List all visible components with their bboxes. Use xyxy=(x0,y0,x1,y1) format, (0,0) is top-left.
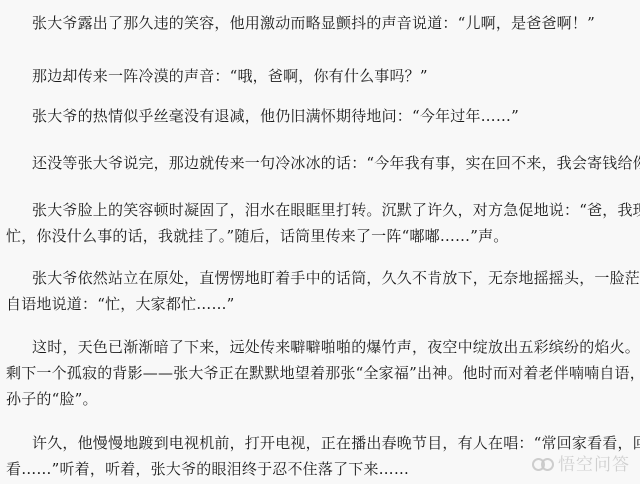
paragraph-2: 那边却传来一阵冷漠的声音：“哦，爸啊，你有什么事吗？” xyxy=(6,63,630,89)
paragraph-4: 还没等张大爷说完，那边就传来一句冷冰冰的话：“今年我有事，实在回不来，我会寄钱给… xyxy=(6,150,630,176)
text-line: 剩下一个孤寂的背影——张大爷正在默默地望着那张“全家福”出神。他时而对着老伴喃喃… xyxy=(6,360,630,386)
paragraph-1: 张大爷露出了那久违的笑容，他用激动而略显颤抖的声音说道：“儿啊，是爸爸啊！” xyxy=(6,10,630,36)
text-line: 张大爷依然站立在原处，直愣愣地盯着手中的话筒，久久不肯放下，无奈地摇摇头，一脸茫… xyxy=(6,265,630,291)
text-line: 孙子的“脸”。 xyxy=(6,386,630,412)
watermark-text: 悟空问答 xyxy=(558,450,630,475)
text-line: 忙，你没什么事的话，我就挂了。”随后，话筒里传来了一阵“嘟嘟……”声。 xyxy=(6,223,630,249)
paragraph-3: 张大爷的热情似乎丝毫没有退减，他仍旧满怀期待地问：“今年过年……” xyxy=(6,103,630,129)
text-line: 张大爷脸上的笑容顿时凝固了，泪水在眼眶里打转。沉默了许久，对方急促地说：“爸，我… xyxy=(6,197,630,223)
text-line: 自语地说道：“忙，大家都忙……” xyxy=(6,291,630,317)
text-line: 张大爷的热情似乎丝毫没有退减，他仍旧满怀期待地问：“今年过年……” xyxy=(6,103,630,129)
wukong-logo-icon xyxy=(532,457,554,469)
text-line: 那边却传来一阵冷漠的声音：“哦，爸啊，你有什么事吗？” xyxy=(6,63,630,89)
text-line: 张大爷露出了那久违的笑容，他用激动而略显颤抖的声音说道：“儿啊，是爸爸啊！” xyxy=(6,10,630,36)
watermark: 悟空问答 xyxy=(532,450,630,475)
text-line: 这时，天色已渐渐暗了下来，远处传来噼噼啪啪的爆竹声，夜空中绽放出五彩缤纷的焰火。… xyxy=(6,334,630,360)
paragraph-7: 这时，天色已渐渐暗了下来，远处传来噼噼啪啪的爆竹声，夜空中绽放出五彩缤纷的焰火。… xyxy=(6,334,630,412)
text-line: 还没等张大爷说完，那边就传来一句冷冰冰的话：“今年我有事，实在回不来，我会寄钱给… xyxy=(6,150,630,176)
paragraph-6: 张大爷依然站立在原处，直愣愣地盯着手中的话筒，久久不肯放下，无奈地摇摇头，一脸茫… xyxy=(6,265,630,317)
paragraph-5: 张大爷脸上的笑容顿时凝固了，泪水在眼眶里打转。沉默了许久，对方急促地说：“爸，我… xyxy=(6,197,630,249)
